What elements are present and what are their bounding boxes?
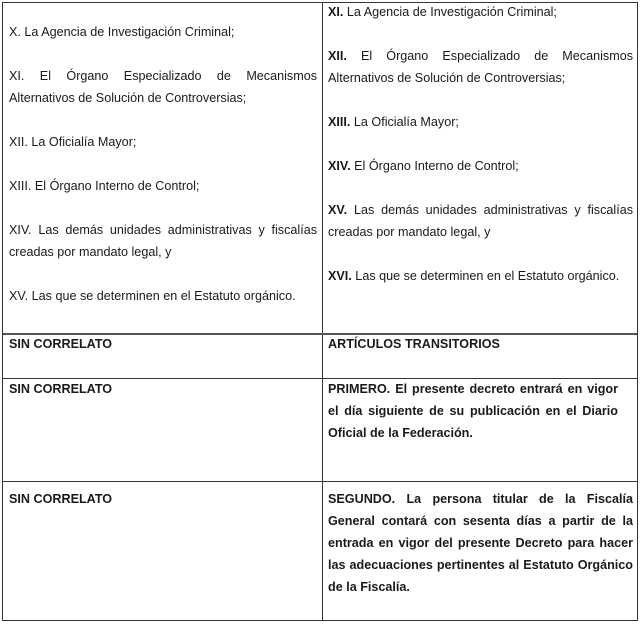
no-correlation-label: SIN CORRELATO [9,378,317,400]
comparison-table: X. La Agencia de Investigación Criminal;… [2,2,638,621]
proposed-fraction-xv: XV. Las demás unidades administrativas y… [328,199,633,243]
transitional-articles-heading: ARTÍCULOS TRANSITORIOS [328,333,633,355]
proposed-text-cell: XI. La Agencia de Investigación Criminal… [328,1,633,287]
proposed-fraction-xvi: XVI. Las que se determinen en el Estatut… [328,265,633,287]
fraction-x: X. La Agencia de Investigación Criminal; [9,21,317,43]
proposed-fraction-xi: XI. La Agencia de Investigación Criminal… [328,1,633,23]
current-text-cell: X. La Agencia de Investigación Criminal;… [9,21,317,307]
no-correlation-label: SIN CORRELATO [9,488,317,510]
transitional-article-first: PRIMERO. El presente decreto entrará en … [328,378,618,444]
transitional-article-second: SEGUNDO. La persona titular de la Fiscal… [328,488,633,598]
column-divider [322,3,323,620]
fraction-xv: XV. Las que se determinen en el Estatuto… [9,285,317,307]
fraction-xiii: XIII. El Órgano Interno de Control; [9,175,317,197]
row-divider [3,481,637,482]
proposed-fraction-xiii: XIII. La Oficialía Mayor; [328,111,633,133]
fraction-xiv: XIV. Las demás unidades administrativas … [9,219,317,263]
fraction-xi: XI. El Órgano Especializado de Mecanismo… [9,65,317,109]
proposed-fraction-xiv: XIV. El Órgano Interno de Control; [328,155,633,177]
proposed-fraction-xii: XII. El Órgano Especializado de Mecanism… [328,45,633,89]
fraction-xii: XII. La Oficialía Mayor; [9,131,317,153]
no-correlation-label: SIN CORRELATO [9,333,317,355]
